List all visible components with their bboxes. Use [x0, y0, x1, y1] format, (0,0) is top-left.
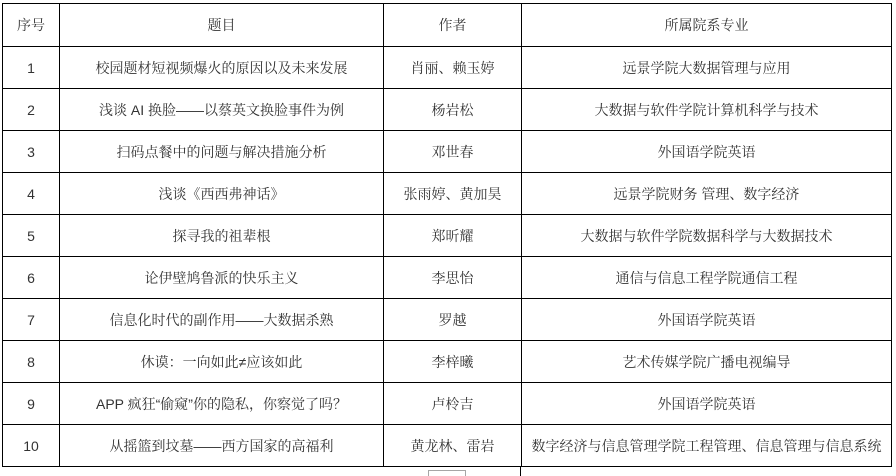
cell-dept: 数字经济与信息管理学院工程管理、信息管理与信息系统	[522, 425, 892, 467]
cell-title: 论伊壁鸠鲁派的快乐主义	[60, 257, 384, 299]
cell-index: 9	[3, 383, 60, 425]
table-row: 8 休谟：一向如此≠应该如此 李梓曦 艺术传媒学院广播电视编导	[3, 341, 892, 383]
cell-author: 郑昕耀	[384, 215, 522, 257]
cell-author: 张雨婷、黄加昊	[384, 173, 522, 215]
cell-author: 邓世春	[384, 131, 522, 173]
cell-index: 1	[3, 47, 60, 89]
cell-title: 扫码点餐中的问题与解决措施分析	[60, 131, 384, 173]
cell-index: 3	[3, 131, 60, 173]
column-divider-fragment	[520, 466, 521, 476]
cell-index: 8	[3, 341, 60, 383]
cell-title: APP 疯狂“偷窥”你的隐私，你察觉了吗？	[60, 383, 384, 425]
cell-author: 肖丽、赖玉婷	[384, 47, 522, 89]
table-row: 7 信息化时代的副作用——大数据杀熟 罗越 外国语学院英语	[3, 299, 892, 341]
papers-table: 序号 题目 作者 所属院系专业 1 校园题材短视频爆火的原因以及未来发展 肖丽、…	[2, 3, 892, 467]
column-header-author: 作者	[384, 4, 522, 47]
cell-author: 黄龙林、雷岩	[384, 425, 522, 467]
table-body: 1 校园题材短视频爆火的原因以及未来发展 肖丽、赖玉婷 远景学院大数据管理与应用…	[3, 47, 892, 467]
cell-title: 休谟：一向如此≠应该如此	[60, 341, 384, 383]
header-row: 序号 题目 作者 所属院系专业	[3, 4, 892, 47]
cell-index: 2	[3, 89, 60, 131]
table-row: 1 校园题材短视频爆火的原因以及未来发展 肖丽、赖玉婷 远景学院大数据管理与应用	[3, 47, 892, 89]
cell-title: 从摇篮到坟墓——西方国家的高福利	[60, 425, 384, 467]
column-header-index: 序号	[3, 4, 60, 47]
table-row: 3 扫码点餐中的问题与解决措施分析 邓世春 外国语学院英语	[3, 131, 892, 173]
cell-author: 李思怡	[384, 257, 522, 299]
column-header-dept: 所属院系专业	[522, 4, 892, 47]
cell-dept: 外国语学院英语	[522, 299, 892, 341]
table-row: 10 从摇篮到坟墓——西方国家的高福利 黄龙林、雷岩 数字经济与信息管理学院工程…	[3, 425, 892, 467]
cell-author: 罗越	[384, 299, 522, 341]
cell-author: 杨岩松	[384, 89, 522, 131]
document-page: 序号 题目 作者 所属院系专业 1 校园题材短视频爆火的原因以及未来发展 肖丽、…	[0, 0, 896, 476]
cell-index: 10	[3, 425, 60, 467]
cell-title: 探寻我的祖辈根	[60, 215, 384, 257]
cell-title: 浅谈 AI 换脸——以蔡英文换脸事件为例	[60, 89, 384, 131]
cell-author: 李梓曦	[384, 341, 522, 383]
table-row: 2 浅谈 AI 换脸——以蔡英文换脸事件为例 杨岩松 大数据与软件学院计算机科学…	[3, 89, 892, 131]
table-row: 9 APP 疯狂“偷窥”你的隐私，你察觉了吗？ 卢柃吉 外国语学院英语	[3, 383, 892, 425]
cell-dept: 远景学院财务 管理、数字经济	[522, 173, 892, 215]
cell-dept: 艺术传媒学院广播电视编导	[522, 341, 892, 383]
table-row: 4 浅谈《西西弗神话》 张雨婷、黄加昊 远景学院财务 管理、数字经济	[3, 173, 892, 215]
table-row: 5 探寻我的祖辈根 郑昕耀 大数据与软件学院数据科学与大数据技术	[3, 215, 892, 257]
cell-index: 5	[3, 215, 60, 257]
cell-dept: 大数据与软件学院计算机科学与技术	[522, 89, 892, 131]
cell-dept: 远景学院大数据管理与应用	[522, 47, 892, 89]
cell-title: 信息化时代的副作用——大数据杀熟	[60, 299, 384, 341]
table-header: 序号 题目 作者 所属院系专业	[3, 4, 892, 47]
cell-title: 校园题材短视频爆火的原因以及未来发展	[60, 47, 384, 89]
table-row: 6 论伊壁鸠鲁派的快乐主义 李思怡 通信与信息工程学院通信工程	[3, 257, 892, 299]
cell-index: 4	[3, 173, 60, 215]
cell-index: 7	[3, 299, 60, 341]
cell-dept: 大数据与软件学院数据科学与大数据技术	[522, 215, 892, 257]
cutoff-element-fragment	[428, 470, 466, 476]
cell-title: 浅谈《西西弗神话》	[60, 173, 384, 215]
cell-dept: 外国语学院英语	[522, 131, 892, 173]
cell-dept: 通信与信息工程学院通信工程	[522, 257, 892, 299]
cell-index: 6	[3, 257, 60, 299]
column-header-title: 题目	[60, 4, 384, 47]
cell-author: 卢柃吉	[384, 383, 522, 425]
cell-dept: 外国语学院英语	[522, 383, 892, 425]
